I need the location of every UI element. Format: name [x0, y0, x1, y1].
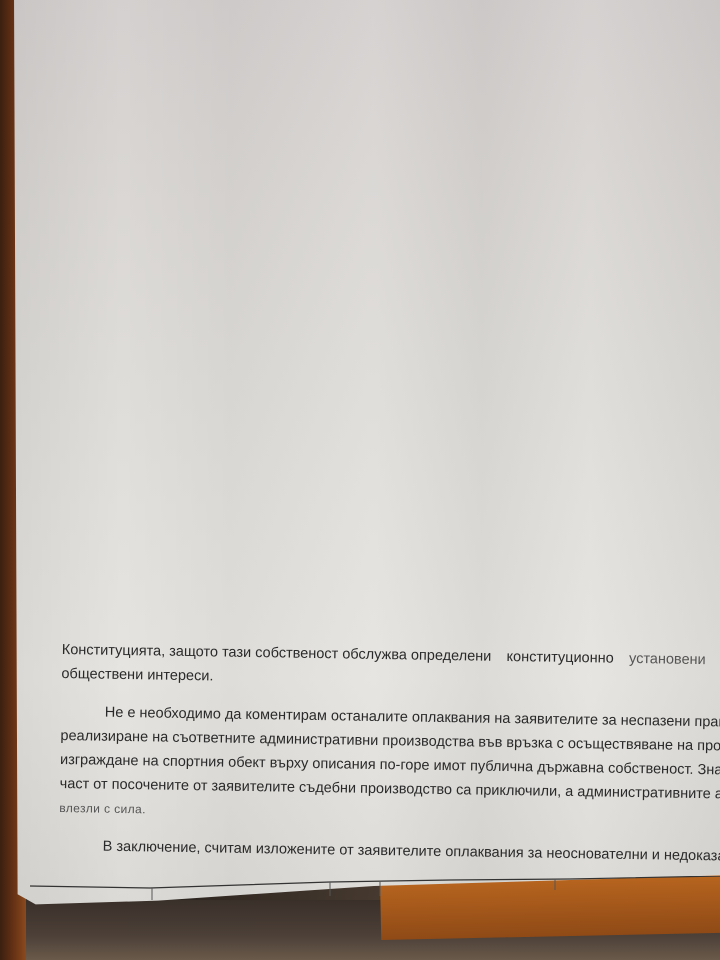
text-fragment: установени	[629, 647, 706, 672]
printed-rule-line	[30, 876, 720, 906]
document-body: Конституцията, защото тази собственост о…	[59, 638, 706, 868]
text-fragment: влезли с сила.	[59, 796, 146, 821]
photo-scene: Конституцията, защото тази собственост о…	[0, 0, 720, 960]
text-fragment: обществени интереси.	[61, 662, 213, 688]
text-fragment: конституционно	[506, 645, 614, 671]
